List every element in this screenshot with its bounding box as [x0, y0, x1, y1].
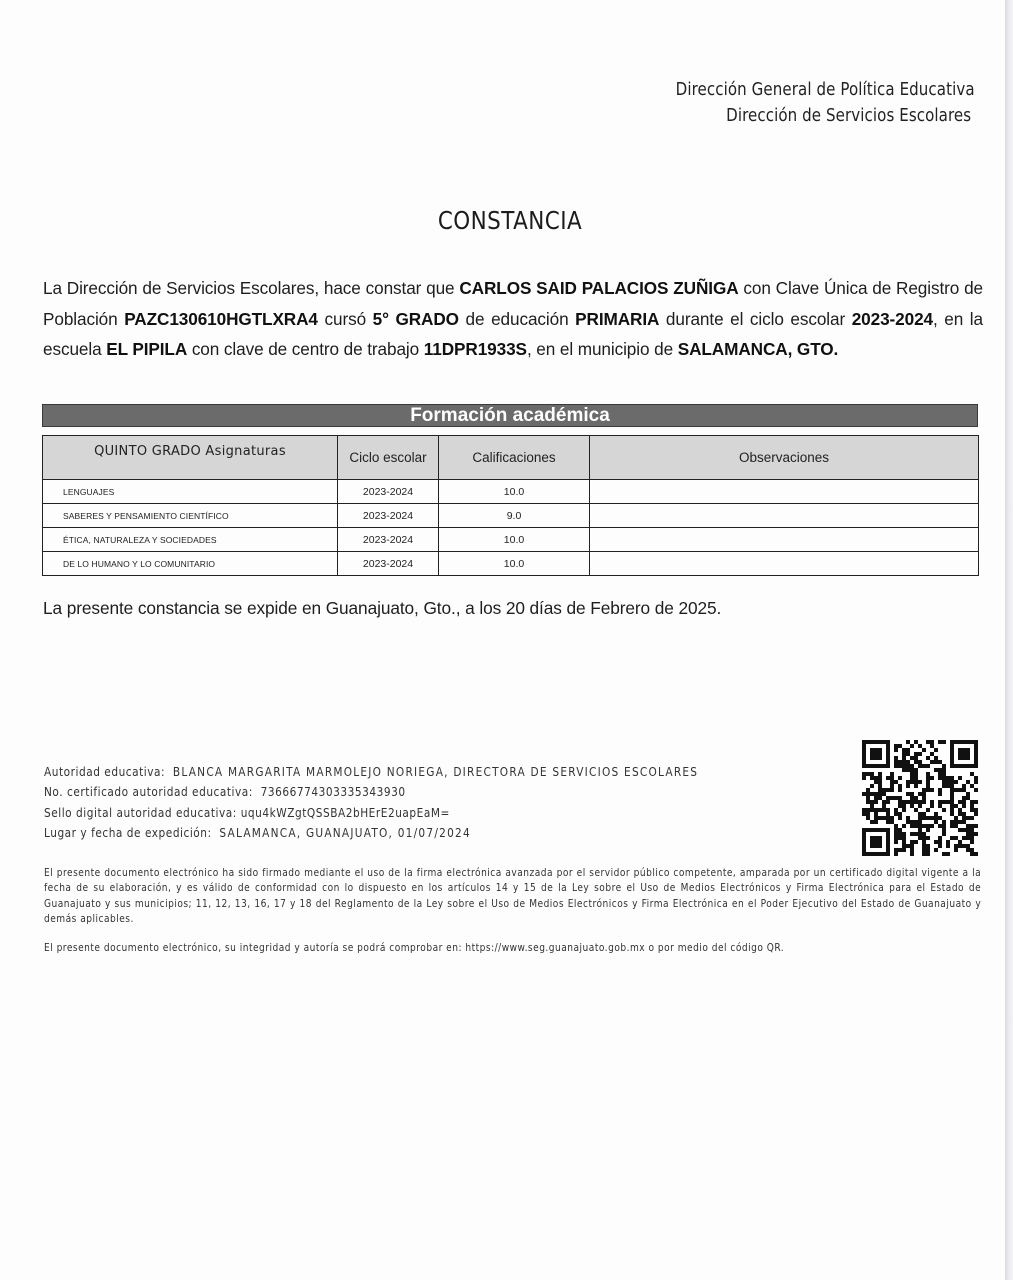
school-grade: 5° GRADO	[373, 309, 459, 329]
certification-paragraph: La Dirección de Servicios Escolares, hac…	[43, 273, 983, 365]
legal-paragraph-signature: El presente documento electrónico ha sid…	[44, 866, 981, 927]
subject-cell: SABERES Y PENSAMIENTO CIENTÍFICO	[43, 504, 338, 528]
grades-table-header: QUINTO GRADO Asignaturas Ciclo escolar C…	[43, 436, 979, 480]
school-cct: 11DPR1933S	[424, 339, 527, 359]
intro-text: , en el municipio de	[527, 339, 678, 359]
student-name: CARLOS SAID PALACIOS ZUÑIGA	[459, 278, 738, 298]
academic-section-title: Formación académica	[42, 404, 978, 427]
intro-text: La Dirección de Servicios Escolares, hac…	[43, 278, 459, 298]
intro-text: cursó	[318, 309, 373, 329]
notes-cell	[590, 528, 979, 552]
table-row: SABERES Y PENSAMIENTO CIENTÍFICO 2023-20…	[43, 504, 979, 528]
notes-cell	[590, 480, 979, 504]
cycle-cell: 2023-2024	[338, 528, 439, 552]
seal-value: uqu4kWZgtQSSBA2bHErE2uapEaM=	[241, 806, 450, 820]
document-title: CONSTANCIA	[71, 206, 948, 235]
header-cycle: Ciclo escolar	[338, 436, 439, 480]
subject-cell: DE LO HUMANO Y LO COMUNITARIO	[43, 552, 338, 576]
notes-cell	[590, 552, 979, 576]
subject-cell: LENGUAJES	[43, 480, 338, 504]
place-date-label: Lugar y fecha de expedición:	[44, 826, 212, 840]
notes-cell	[590, 504, 979, 528]
issuing-office-header: Dirección General de Política Educativa …	[676, 77, 975, 129]
subject-cell: ÉTICA, NATURALEZA Y SOCIEDADES	[43, 528, 338, 552]
legal-paragraph-verification: El presente documento electrónico, su in…	[44, 941, 981, 956]
page-edge-scrollbar[interactable]	[1005, 0, 1013, 1280]
qr-code-graphic	[862, 740, 978, 856]
expedition-statement: La presente constancia se expide en Guan…	[43, 598, 721, 619]
cycle-cell: 2023-2024	[338, 552, 439, 576]
place-date-row: Lugar y fecha de expedición: SALAMANCA, …	[44, 823, 698, 843]
authority-value: BLANCA MARGARITA MARMOLEJO NORIEGA, DIRE…	[173, 765, 698, 779]
grade-cell: 10.0	[439, 552, 590, 576]
grade-cell: 10.0	[439, 528, 590, 552]
certificate-row: No. certificado autoridad educativa: 736…	[44, 782, 698, 802]
student-curp: PAZC130610HGTLXRA4	[124, 309, 318, 329]
table-row: LENGUAJES 2023-2024 10.0	[43, 480, 979, 504]
intro-text: de educación	[459, 309, 575, 329]
authority-label: Autoridad educativa:	[44, 765, 165, 779]
grades-table: QUINTO GRADO Asignaturas Ciclo escolar C…	[42, 435, 979, 576]
office-line-general: Dirección General de Política Educativa	[676, 77, 975, 103]
education-level: PRIMARIA	[575, 309, 659, 329]
header-notes: Observaciones	[590, 436, 979, 480]
grade-cell: 10.0	[439, 480, 590, 504]
header-grades: Calificaciones	[439, 436, 590, 480]
intro-text: durante el ciclo escolar	[659, 309, 851, 329]
authority-signature-block: Autoridad educativa: BLANCA MARGARITA MA…	[44, 762, 698, 843]
seal-label: Sello digital autoridad educativa:	[44, 806, 237, 820]
school-name: EL PIPILA	[106, 339, 187, 359]
school-year: 2023-2024	[852, 309, 933, 329]
legal-notice: El presente documento electrónico ha sid…	[44, 866, 981, 956]
header-subjects: QUINTO GRADO Asignaturas	[43, 436, 338, 480]
qr-code-icon[interactable]	[862, 740, 978, 856]
office-line-services: Dirección de Servicios Escolares	[676, 103, 972, 129]
grade-cell: 9.0	[439, 504, 590, 528]
cycle-cell: 2023-2024	[338, 480, 439, 504]
authority-row: Autoridad educativa: BLANCA MARGARITA MA…	[44, 762, 698, 782]
municipality: SALAMANCA, GTO.	[678, 339, 839, 359]
certificate-value: 73666774303335343930	[261, 785, 406, 799]
cycle-cell: 2023-2024	[338, 504, 439, 528]
table-row: ÉTICA, NATURALEZA Y SOCIEDADES 2023-2024…	[43, 528, 979, 552]
table-row: DE LO HUMANO Y LO COMUNITARIO 2023-2024 …	[43, 552, 979, 576]
intro-text: con clave de centro de trabajo	[187, 339, 424, 359]
place-date-value: SALAMANCA, GUANAJUATO, 01/07/2024	[219, 826, 471, 840]
certificate-label: No. certificado autoridad educativa:	[44, 785, 253, 799]
seal-row: Sello digital autoridad educativa: uqu4k…	[44, 803, 698, 823]
